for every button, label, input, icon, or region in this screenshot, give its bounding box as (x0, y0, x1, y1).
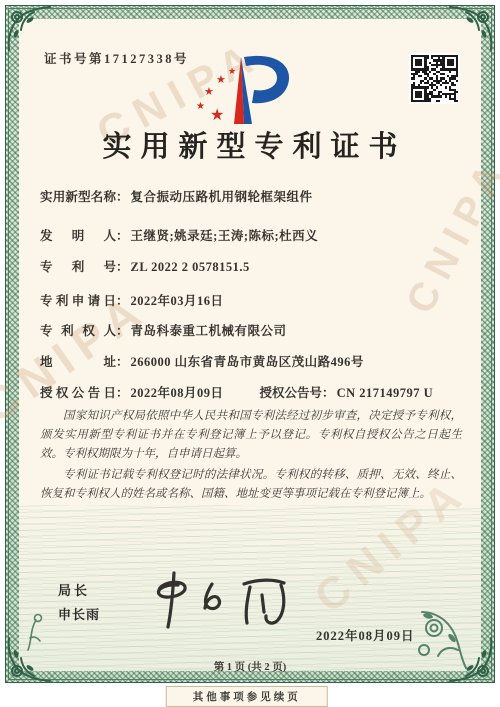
field-row-filing-date: 专利申请日：2022年03月16日 (40, 291, 464, 309)
corner-flourish-icon (4, 4, 52, 52)
svg-text:★: ★ (228, 67, 236, 77)
field-colon: ： (116, 321, 129, 339)
signer-name-label: 申长雨 (58, 604, 100, 623)
cnipa-emblem-icon: ★ ★ ★ ★ ★ (186, 52, 302, 130)
field-colon: ： (116, 226, 129, 244)
field-label: 专利号 (40, 257, 116, 275)
field-value: ZL 2022 2 0578151.5 (131, 260, 250, 275)
field-value: CN 217149797 U (337, 386, 434, 401)
svg-text:★: ★ (196, 101, 205, 112)
certificate-number: 证书号第17127338号 (44, 49, 189, 67)
svg-text:★: ★ (204, 85, 214, 98)
floral-accent-icon (22, 612, 48, 652)
field-colon: ： (116, 383, 129, 401)
field-label: 专利申请日 (40, 291, 116, 309)
field-colon: ： (116, 291, 129, 309)
corner-flourish-icon (448, 4, 496, 52)
legal-paragraph: 专利证书记载专利权登记时的法律状况。专利权的转移、质押、无效、终止、恢复和专利权… (40, 466, 462, 504)
field-colon: ： (116, 187, 129, 205)
commissioner-signature (138, 568, 303, 632)
field-value: 2022年08月09日 (131, 383, 224, 401)
field-row-grant-publication: 授权公告日：2022年08月09日 授权公告号：CN 217149797 U (40, 383, 464, 401)
continuation-note-tab: 其他事项参见续页 (166, 686, 328, 707)
field-label: 授权公告号 (260, 383, 323, 401)
field-row-utility-model-name: 实用新型名称：复合振动压路机用钢轮框架组件 (40, 187, 464, 205)
field-label: 专利权人 (40, 321, 116, 339)
field-label: 地址 (40, 352, 116, 370)
issue-date: 2022年08月09日 (316, 626, 415, 644)
field-label: 发明人 (40, 226, 116, 244)
field-value: 复合振动压路机用钢轮框架组件 (131, 187, 313, 205)
field-colon: ： (322, 383, 335, 401)
svg-text:★: ★ (210, 105, 224, 124)
field-value: 266000 山东省青岛市黄岛区茂山路496号 (131, 352, 364, 370)
field-value: 青岛科泰重工机械有限公司 (131, 321, 287, 339)
field-row-patentee: 专利权人：青岛科泰重工机械有限公司 (40, 321, 464, 339)
field-colon: ： (116, 257, 129, 275)
legal-paragraph: 国家知识产权局依照中华人民共和国专利法经过初步审查，决定授予专利权，颁发实用新型… (40, 407, 462, 464)
field-row-inventors: 发明人：王继贤;姚录廷;王涛;陈标;杜西义 (40, 226, 464, 244)
patent-certificate: CNIPA CNIPA CNIPA CNIPA 证书号第17127338号 ★ … (0, 0, 500, 707)
field-row-patent-number: 专利号：ZL 2022 2 0578151.5 (40, 257, 464, 275)
page-indicator: 第 1 页 (共 2 页) (0, 659, 500, 674)
qr-code (409, 53, 460, 104)
field-label: 实用新型名称 (40, 187, 116, 205)
svg-text:★: ★ (216, 73, 226, 86)
signer-role-label: 局长 (58, 580, 90, 599)
field-value: 王继贤;姚录廷;王涛;陈标;杜西义 (131, 226, 319, 244)
field-label: 授权公告日 (40, 383, 116, 401)
field-colon: ： (116, 352, 129, 370)
certificate-title: 实用新型专利证书 (0, 124, 500, 165)
field-row-address: 地址：266000 山东省青岛市黄岛区茂山路496号 (40, 352, 464, 370)
field-value: 2022年03月16日 (131, 291, 224, 309)
legal-text-block: 国家知识产权局依照中华人民共和国专利法经过初步审查，决定授予专利权，颁发实用新型… (40, 407, 462, 506)
